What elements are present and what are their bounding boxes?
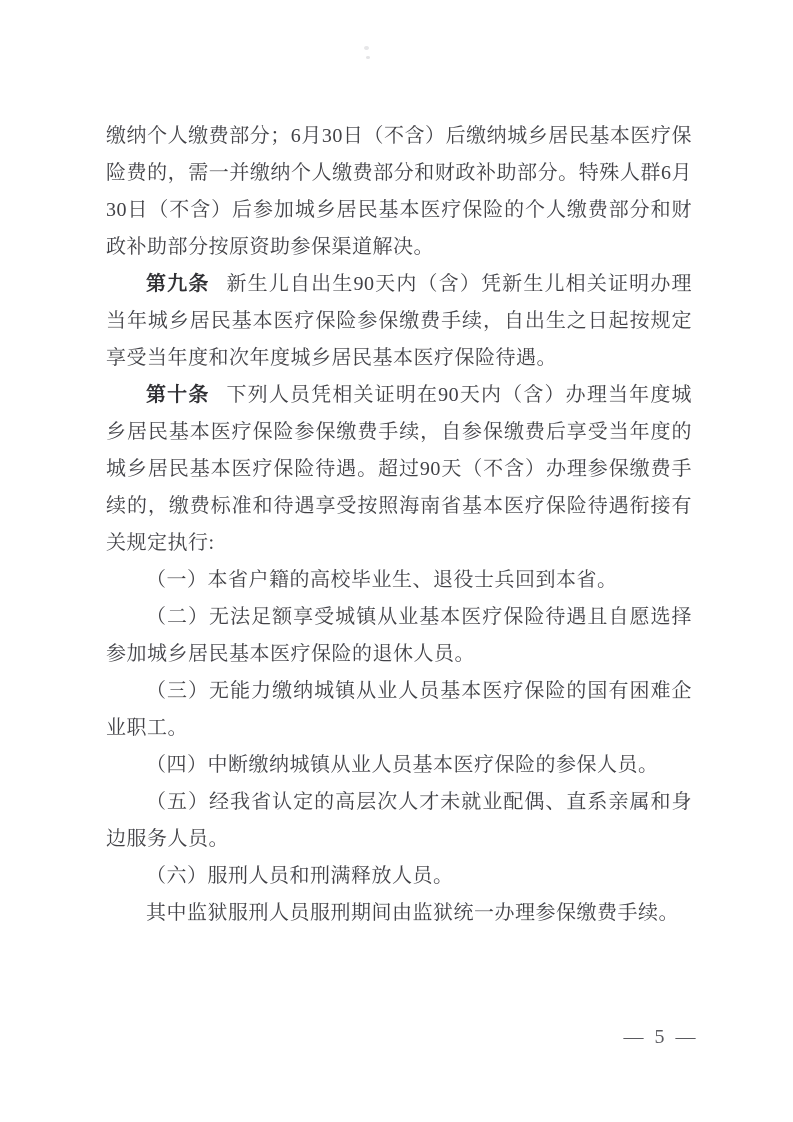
document-page: 缴纳个人缴费部分；6月30日（不含）后缴纳城乡居民基本医疗保险费的，需一并缴纳个…	[0, 0, 793, 1122]
paragraph-article-10: 第十条下列人员凭相关证明在90天内（含）办理当年度城乡居民基本医疗保险参保缴费手…	[106, 377, 692, 562]
scan-artifact-speck	[364, 46, 369, 50]
paragraph-text: 缴纳个人缴费部分；6月30日（不含）后缴纳城乡居民基本医疗保险费的，需一并缴纳个…	[106, 125, 692, 258]
paragraph-continuation: 缴纳个人缴费部分；6月30日（不含）后缴纳城乡居民基本医疗保险费的，需一并缴纳个…	[106, 118, 692, 266]
scan-artifact-speck	[366, 56, 370, 59]
article-number: 第十条	[146, 384, 210, 406]
paragraph-text: （三）无能力缴纳城镇从业人员基本医疗保险的国有困难企业职工。	[106, 680, 692, 739]
paragraph-article-9: 第九条新生儿自出生90天内（含）凭新生儿相关证明办理当年城乡居民基本医疗保险参保…	[106, 266, 692, 377]
paragraph-item-4: （四）中断缴纳城镇从业人员基本医疗保险的参保人员。	[106, 747, 692, 784]
page-number: — 5 —	[606, 1026, 716, 1049]
paragraph-text: （四）中断缴纳城镇从业人员基本医疗保险的参保人员。	[146, 754, 659, 776]
paragraph-text: （一）本省户籍的高校毕业生、退役士兵回到本省。	[146, 569, 618, 591]
paragraph-item-3: （三）无能力缴纳城镇从业人员基本医疗保险的国有困难企业职工。	[106, 673, 692, 747]
document-body: 缴纳个人缴费部分；6月30日（不含）后缴纳城乡居民基本医疗保险费的，需一并缴纳个…	[106, 118, 692, 932]
paragraph-closing: 其中监狱服刑人员服刑期间由监狱统一办理参保缴费手续。	[106, 895, 692, 932]
paragraph-text: 下列人员凭相关证明在90天内（含）办理当年度城乡居民基本医疗保险参保缴费手续，自…	[106, 384, 692, 554]
article-number: 第九条	[146, 273, 210, 295]
paragraph-text: （五）经我省认定的高层次人才未就业配偶、直系亲属和身边服务人员。	[106, 791, 692, 850]
paragraph-item-5: （五）经我省认定的高层次人才未就业配偶、直系亲属和身边服务人员。	[106, 784, 692, 858]
paragraph-text: 其中监狱服刑人员服刑期间由监狱统一办理参保缴费手续。	[146, 902, 679, 924]
paragraph-text: （六）服刑人员和刑满释放人员。	[146, 865, 454, 887]
paragraph-text: （二）无法足额享受城镇从业基本医疗保险待遇且自愿选择参加城乡居民基本医疗保险的退…	[106, 606, 692, 665]
paragraph-item-1: （一）本省户籍的高校毕业生、退役士兵回到本省。	[106, 562, 692, 599]
paragraph-item-6: （六）服刑人员和刑满释放人员。	[106, 858, 692, 895]
paragraph-item-2: （二）无法足额享受城镇从业基本医疗保险待遇且自愿选择参加城乡居民基本医疗保险的退…	[106, 599, 692, 673]
